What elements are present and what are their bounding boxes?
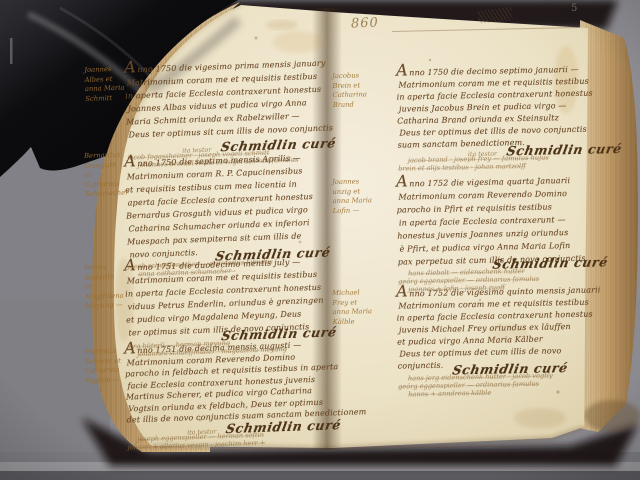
register-entry: Joannes unzig et anna Maria Lofin — Anno…	[332, 171, 590, 295]
margin-note: Martinus Scherer et Catharina Vogtsin —	[84, 347, 125, 386]
margin-line: Kälble	[333, 316, 387, 327]
margin-line: Grosguth et	[84, 160, 125, 180]
folio-number: 860	[351, 17, 379, 32]
margin-line: Vogtsin —	[85, 375, 125, 386]
margin-note: Joannes Albes et anna Maria Schmitt	[84, 65, 125, 104]
corner-page-number: 5	[571, 3, 577, 14]
pen-scribble	[477, 7, 512, 23]
margin-line: Schmitt	[85, 93, 125, 104]
pen-stroke	[392, 27, 578, 32]
margin-line: Brand	[333, 99, 387, 110]
margin-line: et Magdalena	[85, 282, 126, 302]
register-entry: Martinus Scherer et Catharina Vogtsin — …	[84, 336, 324, 453]
register-entry: Jacobus Brein et Catharina Brand Anno 17…	[332, 61, 590, 174]
manuscript-photo: 860 5 Joannes Albes et anna Maria Schmit…	[0, 0, 640, 480]
margin-note: Michael Frey et anna Maria Kälble	[332, 288, 387, 327]
margin-line: Meyung —	[85, 301, 125, 312]
margin-line: anna Maria	[85, 84, 125, 95]
margin-note: Joannes unzig et anna Maria Lofin —	[332, 177, 387, 216]
margin-note: Petrus Enderlin et Magdalena Meyung —	[84, 263, 126, 312]
register-entry: Michael Frey et anna Maria Kälble Anno 1…	[332, 282, 590, 400]
margin-line: Catharina Schumacher	[85, 179, 126, 199]
margin-line: Petrus Enderlin	[84, 263, 125, 283]
margin-line: Bernardus	[84, 151, 124, 162]
margin-note: Bernardus Grosguth et Catharina Schumach…	[84, 151, 126, 200]
margin-note: Jacobus Brein et Catharina Brand	[332, 71, 387, 110]
handwriting-layer: 860 5 Joannes Albes et anna Maria Schmit…	[0, 0, 640, 480]
margin-line: Lofin —	[333, 205, 387, 216]
